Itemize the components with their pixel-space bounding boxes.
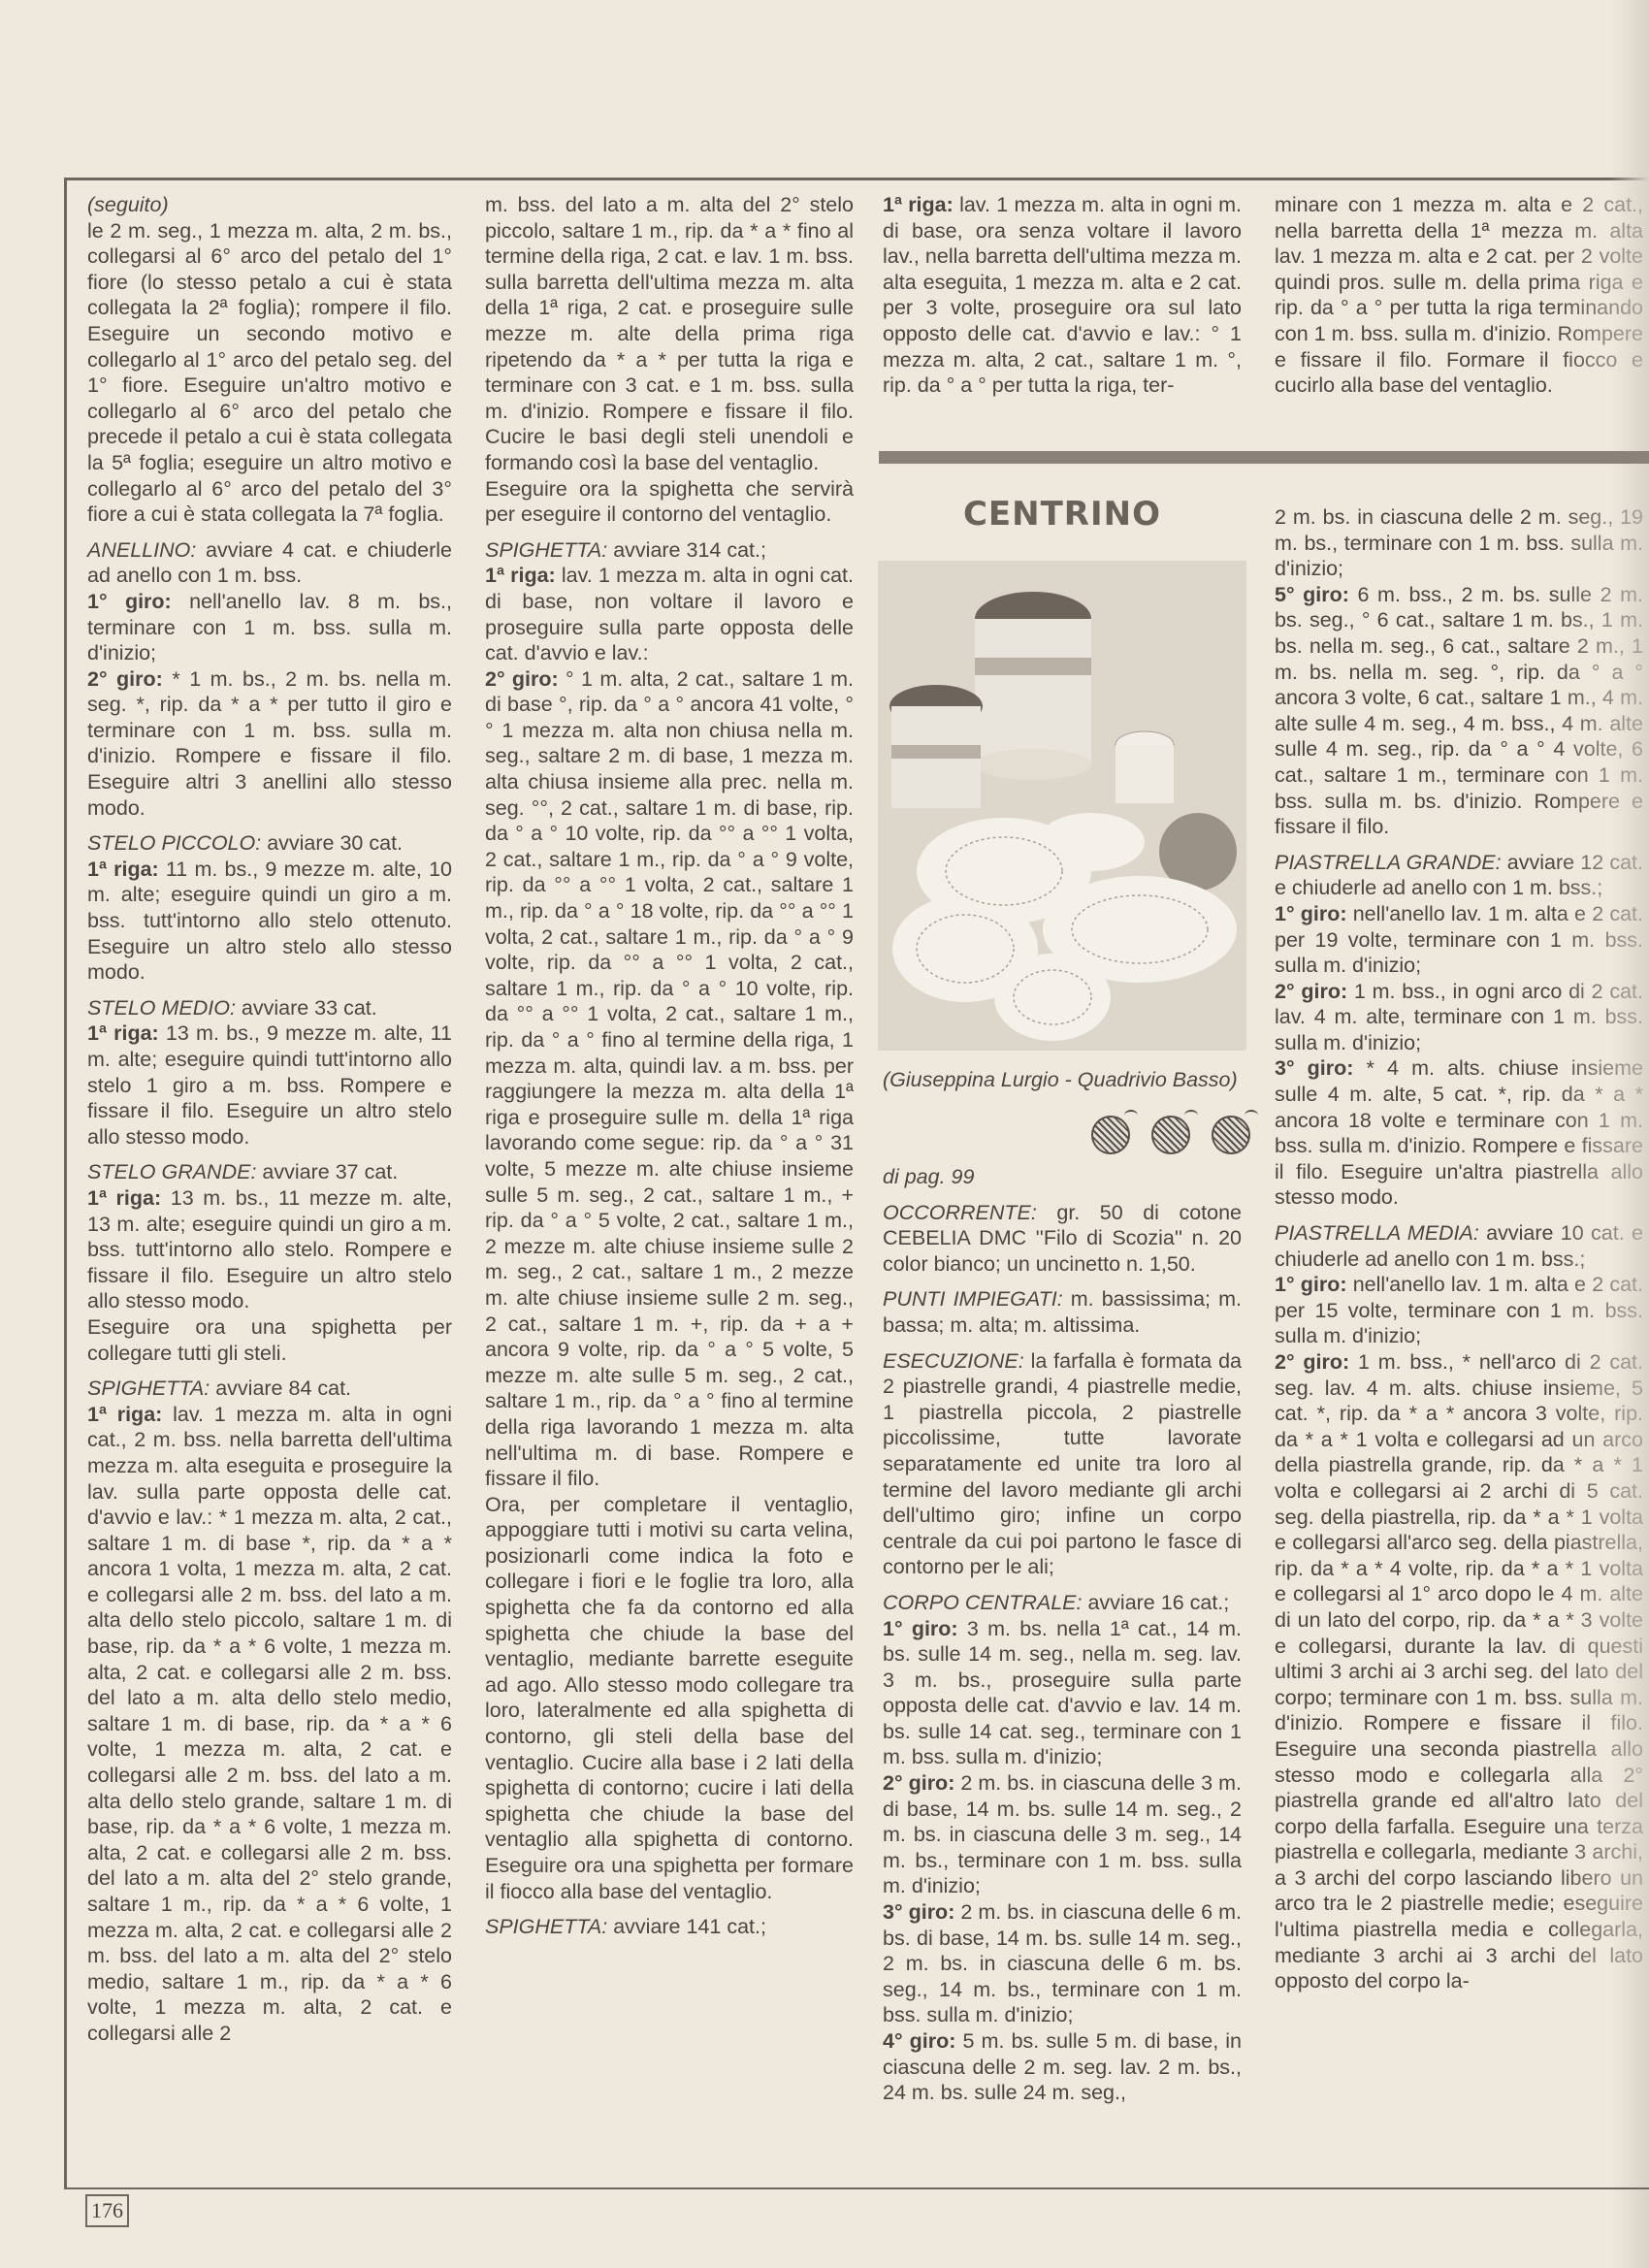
section-label: ANELLINO:: [87, 538, 196, 562]
section-label: OCCORRENTE:: [883, 1201, 1037, 1224]
column-2: m. bss. del lato a m. alta del 2° stelo …: [485, 192, 854, 1950]
paragraph: le 2 m. seg., 1 mezza m. alta, 2 m. bs.,…: [87, 218, 452, 528]
paragraph: Ora, per completare il ventaglio, appogg…: [485, 1492, 854, 1905]
bottom-rule: [64, 2187, 1649, 2189]
row-label: 1ª riga:: [87, 858, 159, 881]
paragraph: Eseguire ora una spighetta per collegare…: [87, 1314, 452, 1366]
page-number: 176: [85, 2194, 129, 2227]
row-label: 1ª riga:: [87, 1403, 162, 1426]
section-label: STELO PICCOLO:: [87, 831, 261, 855]
round-label: 1° giro:: [1275, 1273, 1347, 1296]
yarn-ball-icon: [1212, 1116, 1250, 1154]
section-label: PUNTI IMPIEGATI:: [883, 1287, 1063, 1311]
photo-credit: (Giuseppina Lurgio - Quadrivio Basso): [883, 1067, 1242, 1093]
paragraph: m. bss. del lato a m. alta del 2° stelo …: [485, 192, 854, 476]
yarn-ball-icon: [1151, 1116, 1190, 1154]
column-1: (seguito) le 2 m. seg., 1 mezza m. alta,…: [87, 192, 452, 2057]
row-label: 1ª riga:: [883, 193, 954, 216]
round-label: 2° giro:: [883, 1771, 954, 1795]
doily-photo: [878, 561, 1246, 1051]
round-label: 1° giro:: [883, 1617, 958, 1640]
round-label: 1° giro:: [87, 590, 172, 613]
paragraph: 2 m. bs. in ciascuna delle 2 m. seg., 19…: [1275, 504, 1643, 582]
round-label: 2° giro:: [485, 667, 559, 691]
column-3-top: 1ª riga: lav. 1 mezza m. alta in ogni m.…: [883, 192, 1242, 408]
round-label: 2° giro:: [87, 667, 163, 691]
difficulty-rating: [1091, 1116, 1250, 1154]
round-label: 2° giro:: [1275, 1350, 1349, 1374]
section-label: SPIGHETTA:: [485, 538, 607, 562]
row-label: 1ª riga:: [485, 564, 556, 587]
section-label: STELO MEDIO:: [87, 996, 236, 1020]
row-label: 1ª riga:: [87, 1186, 161, 1210]
article-title: CENTRINO: [883, 495, 1242, 534]
page-reference: di pag. 99: [883, 1165, 974, 1188]
photo-illustration: [878, 561, 1246, 1051]
section-divider-bar: [879, 451, 1649, 464]
column-4-top: minare con 1 mezza m. alta e 2 cat., nel…: [1275, 192, 1643, 408]
column-3-body: di pag. 99 OCCORRENTE: gr. 50 di cotone …: [883, 1164, 1242, 2116]
section-label: SPIGHETTA:: [485, 1915, 607, 1938]
round-label: 1° giro:: [1275, 902, 1347, 925]
continued-label: (seguito): [87, 193, 169, 216]
section-label: PIASTRELLA MEDIA:: [1275, 1221, 1479, 1245]
round-label: 4° giro:: [883, 2029, 955, 2053]
round-label: 3° giro:: [1275, 1056, 1353, 1080]
round-label: 3° giro:: [883, 1900, 954, 1924]
section-label: STELO GRANDE:: [87, 1160, 256, 1183]
section-label: PIASTRELLA GRANDE:: [1275, 851, 1502, 874]
paragraph: Eseguire ora la spighetta che servirà pe…: [485, 476, 854, 528]
section-label: ESECUZIONE:: [883, 1349, 1024, 1373]
round-label: 5° giro:: [1275, 583, 1349, 606]
round-label: 2° giro:: [1275, 980, 1347, 1003]
row-label: 1ª riga:: [87, 1021, 159, 1045]
yarn-ball-icon: [1091, 1116, 1130, 1154]
column-4-body: 2 m. bs. in ciascuna delle 2 m. seg., 19…: [1275, 504, 1643, 2004]
section-label: CORPO CENTRALE:: [883, 1591, 1082, 1614]
section-label: SPIGHETTA:: [87, 1377, 210, 1400]
paragraph: minare con 1 mezza m. alta e 2 cat., nel…: [1275, 192, 1643, 399]
